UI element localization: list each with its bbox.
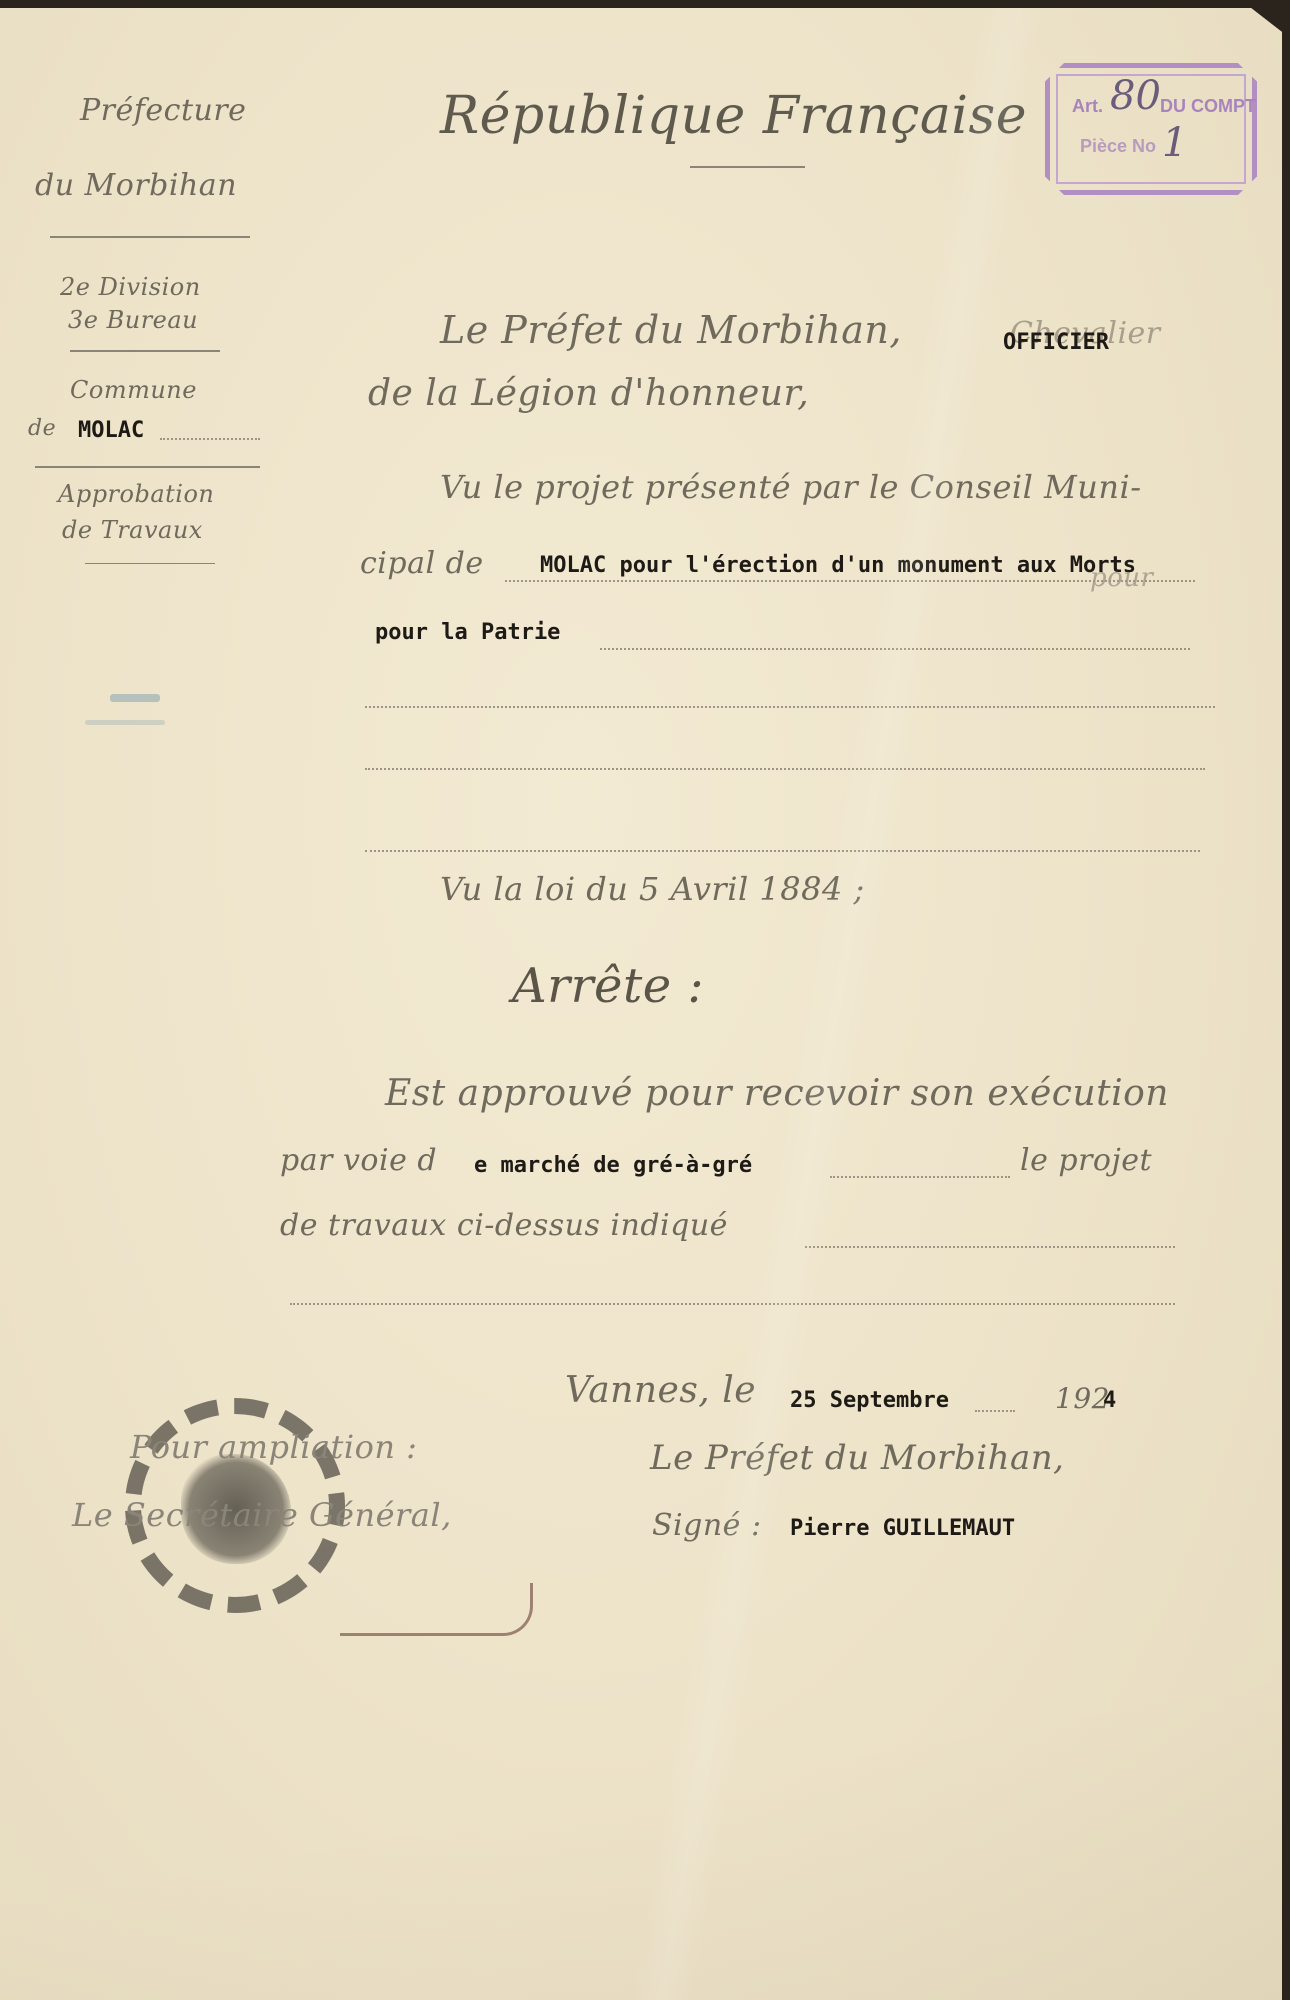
stamp-piece-label: Pièce No bbox=[1080, 136, 1156, 157]
prefet-closing: Le Préfet du Morbihan, bbox=[650, 1438, 1064, 1478]
divider bbox=[50, 236, 250, 238]
year-typed: 4 bbox=[1103, 1388, 1116, 1413]
title-underline bbox=[690, 166, 805, 168]
dotted-line bbox=[805, 1246, 1175, 1248]
commune-label: Commune bbox=[70, 376, 197, 404]
signatory-name: Pierre GUILLEMAUT bbox=[790, 1516, 1015, 1541]
prefet-line: Le Préfet du Morbihan, bbox=[440, 308, 902, 352]
secretaire-label: Le Secrétaire Général, bbox=[72, 1496, 452, 1534]
secretary-signature bbox=[340, 1583, 533, 1636]
approval-line-2-start: par voie d bbox=[280, 1143, 437, 1178]
subject-label-2: de Travaux bbox=[62, 516, 203, 544]
document-page: Préfecture du Morbihan 2e Division 3e Bu… bbox=[0, 8, 1282, 2000]
struck-word: pour bbox=[1090, 563, 1153, 593]
arrete-heading: Arrête : bbox=[512, 958, 704, 1014]
ink-mark bbox=[85, 720, 165, 725]
contract-type: e marché de gré-à-gré bbox=[474, 1153, 752, 1178]
approval-line-1: Est approuvé pour recevoir son exécution bbox=[385, 1073, 1169, 1114]
prefecture-label: Préfecture bbox=[80, 93, 246, 128]
ampliation-label: Pour ampliation : bbox=[130, 1428, 417, 1466]
page-title: République Française bbox=[440, 86, 1027, 146]
divider bbox=[70, 350, 220, 352]
morbihan-label: du Morbihan bbox=[35, 168, 237, 203]
approval-line-3: de travaux ci-dessus indiqué bbox=[280, 1208, 728, 1243]
dotted-line bbox=[365, 850, 1200, 852]
vu-projet-line: Vu le projet présenté par le Conseil Mun… bbox=[440, 468, 1142, 506]
project-description-2: pour la Patrie bbox=[375, 620, 560, 645]
date-typed: 25 Septembre bbox=[790, 1388, 949, 1413]
dotted-line bbox=[505, 580, 1195, 582]
dotted-line bbox=[600, 648, 1190, 650]
ink-mark bbox=[110, 694, 160, 702]
legion-line: de la Légion d'honneur, bbox=[368, 373, 809, 414]
divider bbox=[85, 563, 215, 564]
loi-line: Vu la loi du 5 Avril 1884 ; bbox=[440, 870, 865, 908]
account-stamp: Art. 80 DU COMPTE Pièce No 1 bbox=[1045, 63, 1257, 195]
bureau-label: 3e Bureau bbox=[68, 306, 198, 334]
approval-line-2-end: le projet bbox=[1020, 1143, 1152, 1178]
dotted-line bbox=[975, 1410, 1015, 1412]
project-description: MOLAC pour l'érection d'un monument aux … bbox=[540, 553, 1136, 578]
stamp-art-label: Art. bbox=[1072, 96, 1103, 117]
place-line: Vannes, le bbox=[565, 1370, 756, 1411]
division-label: 2e Division bbox=[60, 273, 201, 301]
stamp-piece-number: 1 bbox=[1162, 120, 1187, 166]
dotted-line bbox=[365, 706, 1215, 708]
dotted-line bbox=[160, 438, 260, 440]
stamp-art-number: 80 bbox=[1110, 73, 1161, 119]
dotted-line bbox=[365, 768, 1205, 770]
signe-label: Signé : bbox=[652, 1508, 762, 1543]
dotted-line bbox=[290, 1303, 1175, 1305]
stamp-du-compte: DU COMPTE bbox=[1160, 96, 1268, 117]
divider bbox=[35, 466, 260, 468]
subject-label: Approbation bbox=[58, 480, 214, 508]
commune-prefix: de bbox=[28, 416, 56, 441]
cipal-de: cipal de bbox=[360, 546, 484, 581]
year-hand: 192 bbox=[1055, 1382, 1110, 1415]
commune-name: MOLAC bbox=[78, 418, 144, 443]
rank-typed: OFFICIER bbox=[1003, 330, 1109, 355]
dotted-line bbox=[830, 1176, 1010, 1178]
